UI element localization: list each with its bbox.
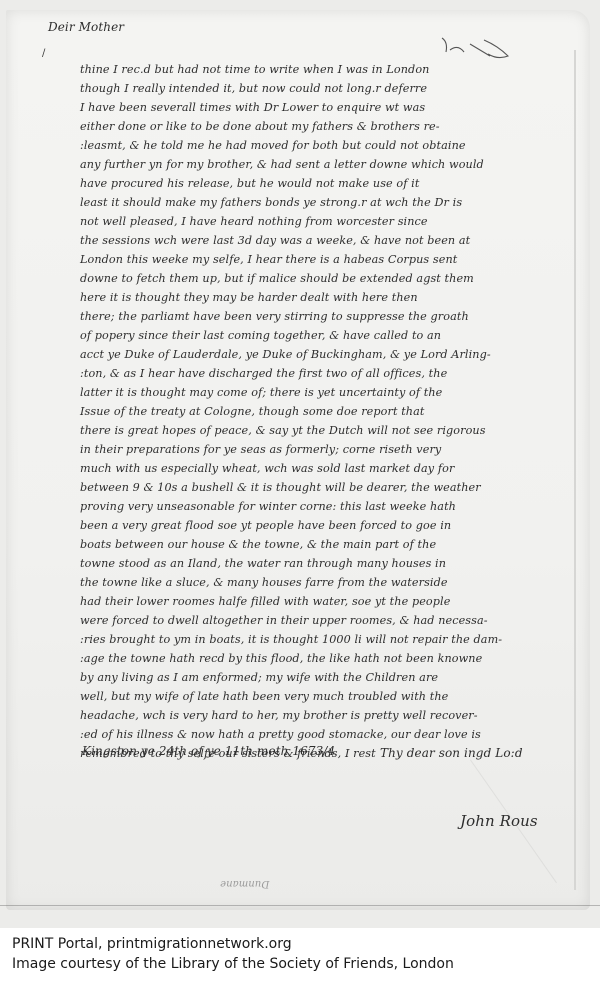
corner-scribble-icon	[440, 30, 520, 70]
letter-line: London this weeke my selfe, I hear there…	[80, 250, 457, 270]
letter-line: here it is thought they may be harder de…	[80, 288, 418, 308]
letter-line: Issue of the treaty at Cologne, though s…	[80, 402, 424, 422]
letter-line: downe to fetch them up, but if malice sh…	[80, 269, 474, 289]
letter-line: though I really intended it, but now cou…	[80, 79, 427, 99]
caption-credit: Image courtesy of the Library of the Soc…	[12, 954, 454, 974]
letter-line: between 9 & 10s a bushell & it is though…	[80, 478, 481, 498]
paper-bottom-edge	[0, 905, 600, 906]
faint-docket-note: Dunmane	[220, 878, 269, 889]
letter-line: least it should make my fathers bonds ye…	[80, 193, 462, 213]
letter-line: there; the parliamt have been very stirr…	[80, 307, 469, 327]
letter-line: were forced to dwell altogether in their…	[80, 611, 488, 631]
letter-line: boats between our house & the towne, & t…	[80, 535, 436, 555]
paper-edge	[574, 50, 576, 890]
margin-mark: /	[42, 48, 45, 59]
letter-line: in their preparations for ye seas as for…	[80, 440, 441, 460]
letter-line: any further yn for my brother, & had sen…	[80, 155, 484, 175]
letter-line: well, but my wife of late hath been very…	[80, 687, 448, 707]
letter-line: :ton, & as I hear have discharged the fi…	[80, 364, 447, 384]
letter-line: :ed of his illness & now hath a pretty g…	[80, 725, 481, 745]
letter-line: there is great hopes of peace, & say yt …	[80, 421, 486, 441]
caption-source: PRINT Portal, printmigrationnetwork.org	[12, 934, 454, 954]
letter-line: the towne like a sluce, & many houses fa…	[80, 573, 448, 593]
letter-line: :ries brought to ym in boats, it is thou…	[80, 630, 502, 650]
letter-line: much with us especially wheat, wch was s…	[80, 459, 454, 479]
letter-dateline: Kingston ye 24th of ye 11th moth 1673/4	[82, 744, 335, 758]
letter-line: have procured his release, but he would …	[80, 174, 419, 194]
letter-line: thine I rec.d but had not time to write …	[80, 60, 429, 80]
letter-salutation: Deir Mother	[48, 20, 124, 34]
letter-closing: Thy dear son ingd Lo:d	[380, 746, 523, 760]
letter-line: latter it is thought may come of; there …	[80, 383, 442, 403]
letter-line: been a very great flood soe yt people ha…	[80, 516, 451, 536]
letter-line: :age the towne hath recd by this flood, …	[80, 649, 482, 669]
letter-line: acct ye Duke of Lauderdale, ye Duke of B…	[80, 345, 491, 365]
letter-line: proving very unseasonable for winter cor…	[80, 497, 456, 517]
manuscript-scan: / Deir Mother thine I rec.d but had not …	[0, 0, 600, 928]
letter-line: by any living as I am enformed; my wife …	[80, 668, 438, 688]
letter-signature: John Rous	[460, 812, 538, 830]
letter-line: the sessions wch were last 3d day was a …	[80, 231, 470, 251]
letter-line: headache, wch is very hard to her, my br…	[80, 706, 478, 726]
letter-line: not well pleased, I have heard nothing f…	[80, 212, 428, 232]
letter-line: of popery since their last coming togeth…	[80, 326, 441, 346]
image-caption: PRINT Portal, printmigrationnetwork.org …	[12, 934, 454, 974]
letter-line: :leasmt, & he told me he had moved for b…	[80, 136, 466, 156]
letter-line: either done or like to be done about my …	[80, 117, 440, 137]
letter-line: towne stood as an Iland, the water ran t…	[80, 554, 446, 574]
letter-line: I have been severall times with Dr Lower…	[80, 98, 425, 118]
letter-line: had their lower roomes halfe filled with…	[80, 592, 450, 612]
